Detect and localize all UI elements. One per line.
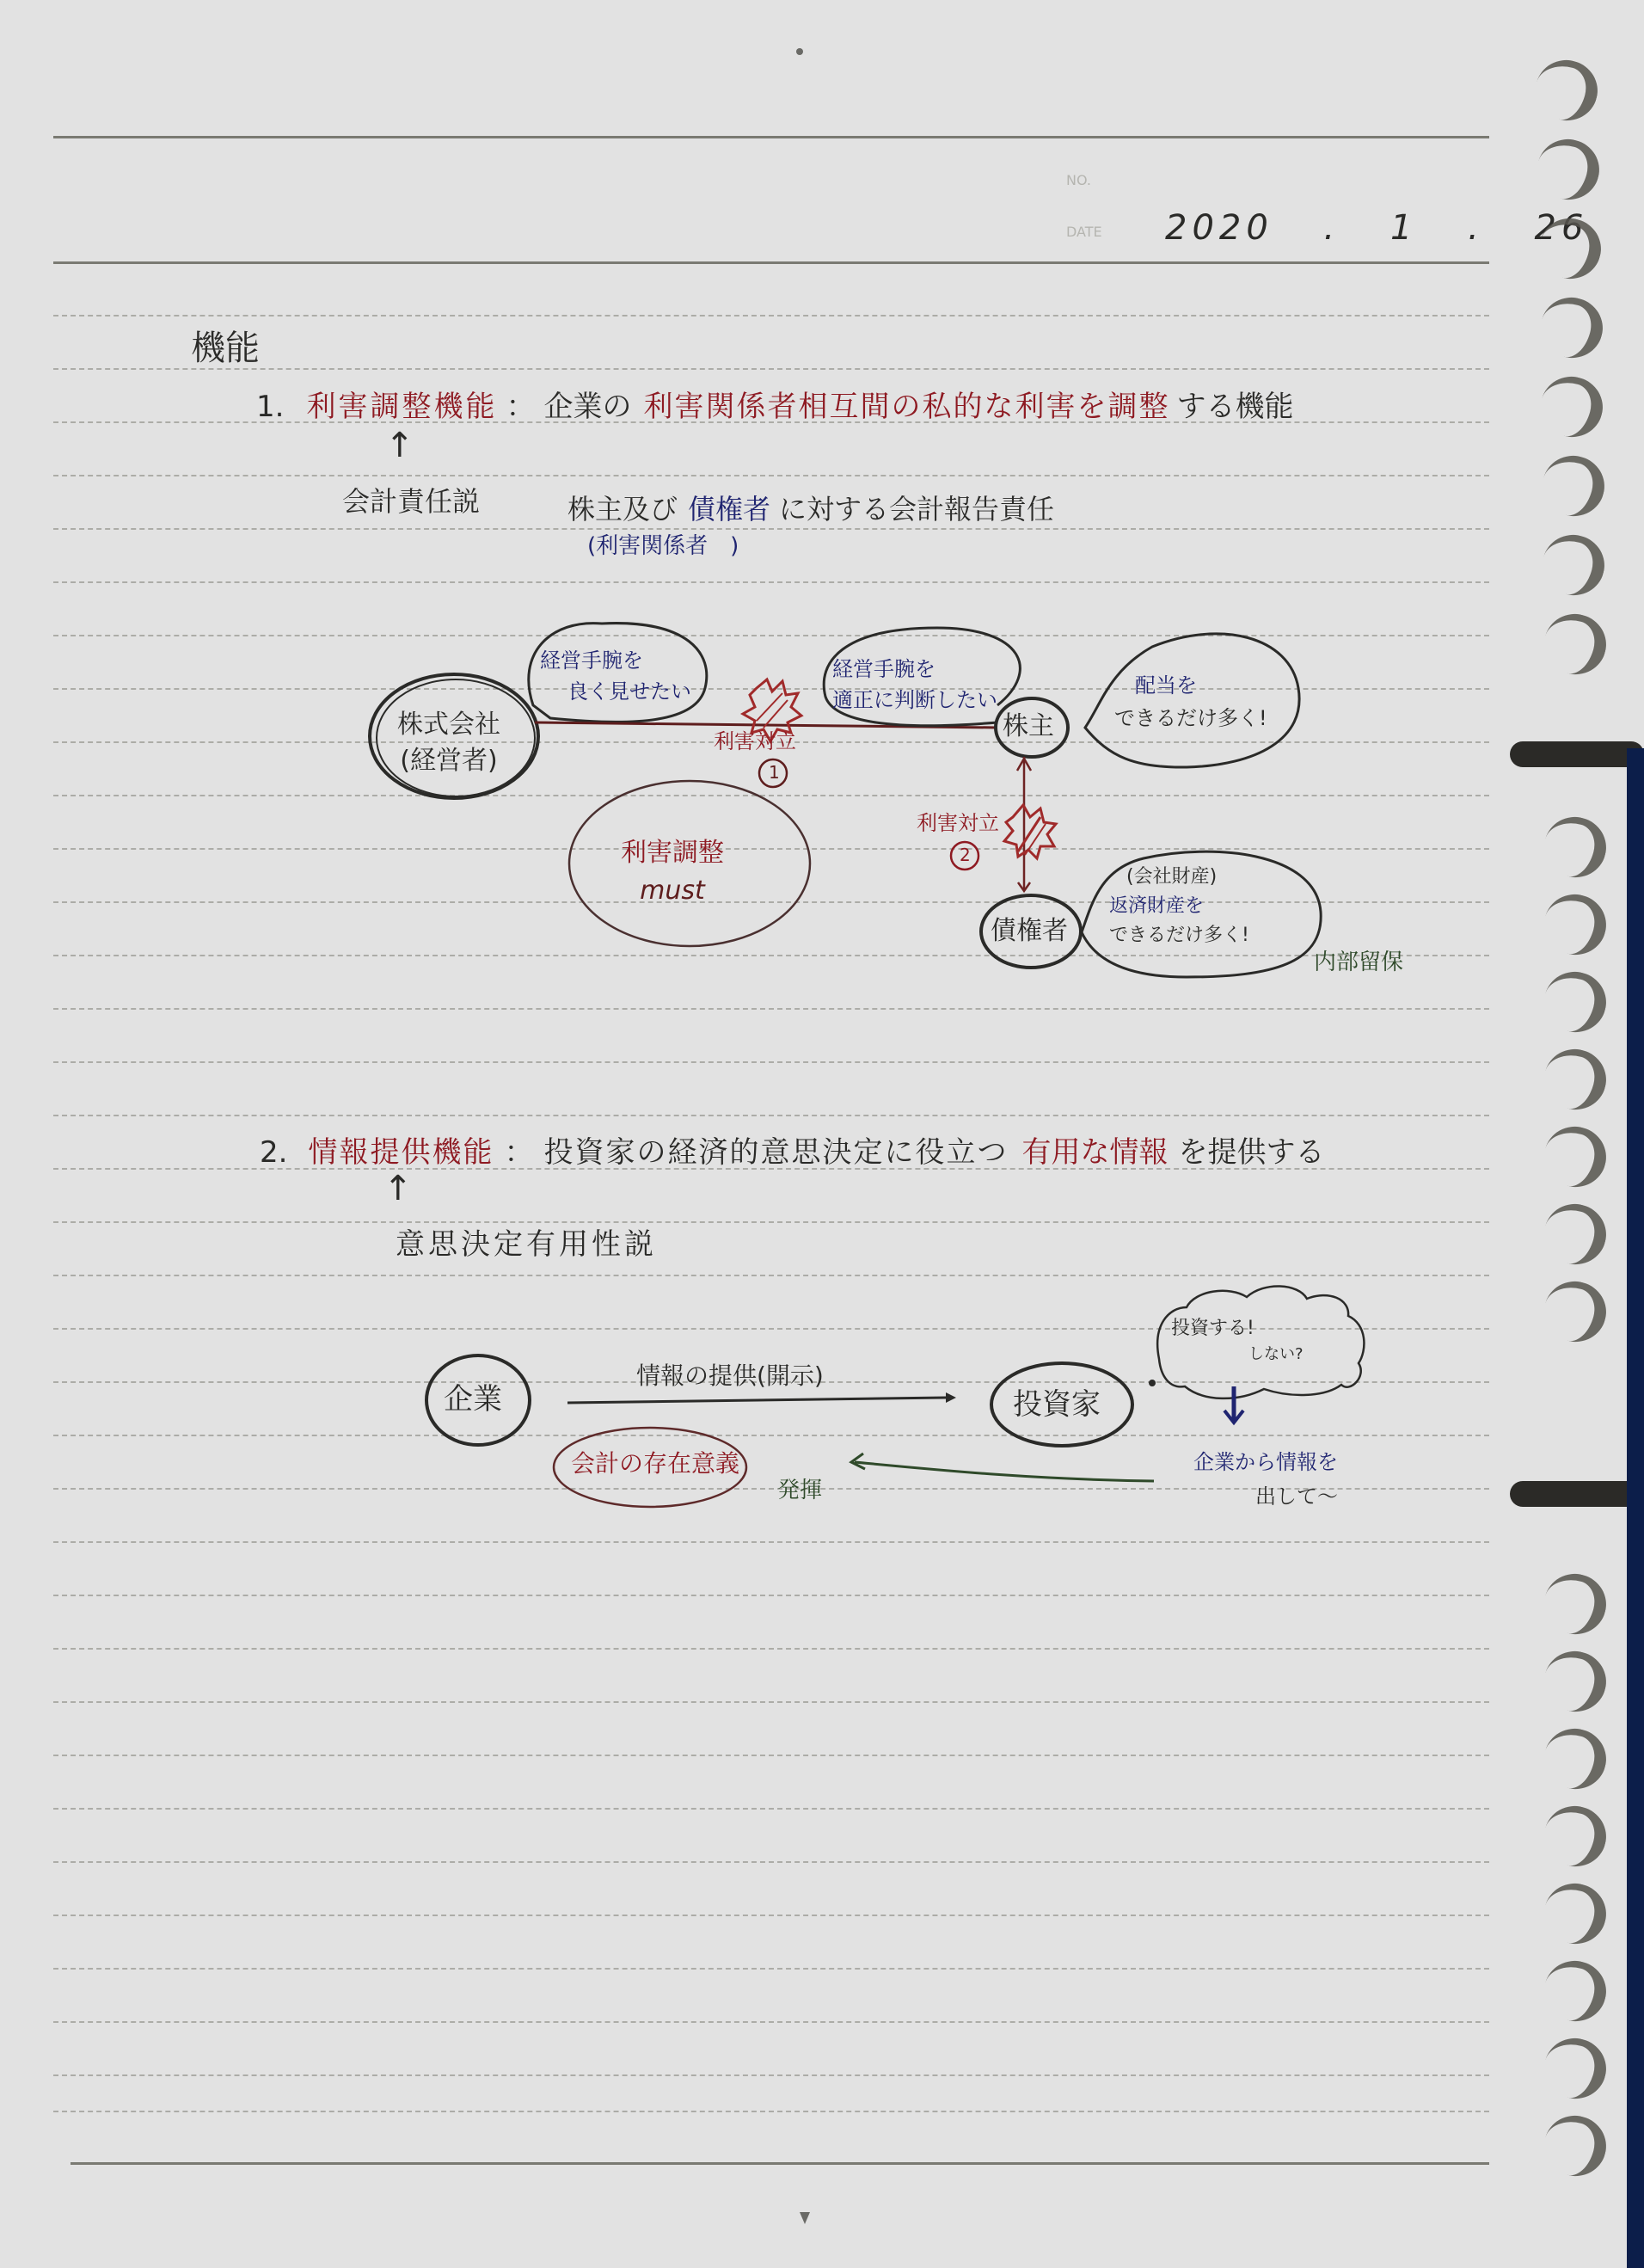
company-node-2: 企業 xyxy=(444,1385,502,1414)
internal-reserve-note: 内部留保 xyxy=(1314,951,1403,974)
conflict-1-label: 利害対立 xyxy=(714,731,796,752)
company-node: 株式会社 (経営者) xyxy=(397,707,500,779)
section-2-number: 2. xyxy=(260,1135,287,1170)
creditor-bubble: (会社財産) 返済財産を できるだけ多く! xyxy=(1109,863,1249,950)
adjust-center: 利害調整 must xyxy=(621,834,724,910)
shareholder-node: 株主 xyxy=(1003,714,1054,740)
conflict-2-label: 利害対立 xyxy=(917,813,999,833)
shareholder-left-bubble: 経営手腕を 適正に判断したい xyxy=(832,654,997,716)
investor-request: 企業から情報を 出して〜 xyxy=(1193,1445,1338,1514)
conflict-2-number: 2 xyxy=(960,846,971,864)
investor-node: 投資家 xyxy=(1013,1390,1101,1419)
theory-2: 意思決定有用性説 xyxy=(396,1230,657,1259)
section-2-line: 2. 情報提供機能 ： 投資家の経済的意思決定に役立つ 有用な情報 を提供する xyxy=(260,1128,1324,1171)
accounting-meaning: 会計の存在意義 xyxy=(571,1452,739,1476)
conflict-1-number: 1 xyxy=(769,764,780,781)
up-arrow-icon-2: ↑ xyxy=(383,1171,413,1206)
shareholder-right-bubble: 配当を できるだけ多く! xyxy=(1114,669,1267,734)
exert-label: 発揮 xyxy=(777,1479,822,1502)
disclosure-arrow-label: 情報の提供(開示) xyxy=(636,1364,824,1388)
creditor-node: 債権者 xyxy=(991,919,1068,944)
company-bubble: 経営手腕を 良く見せたい xyxy=(540,645,691,707)
section-2-title: 情報提供機能 xyxy=(308,1128,494,1171)
notebook-page: NO. DATE 2020 . 1 . 26 xyxy=(0,0,1644,2268)
investor-thought: 投資する! しない? xyxy=(1171,1316,1304,1368)
section-2-description: 投資家の経済的意思決定に役立つ xyxy=(543,1128,1008,1171)
